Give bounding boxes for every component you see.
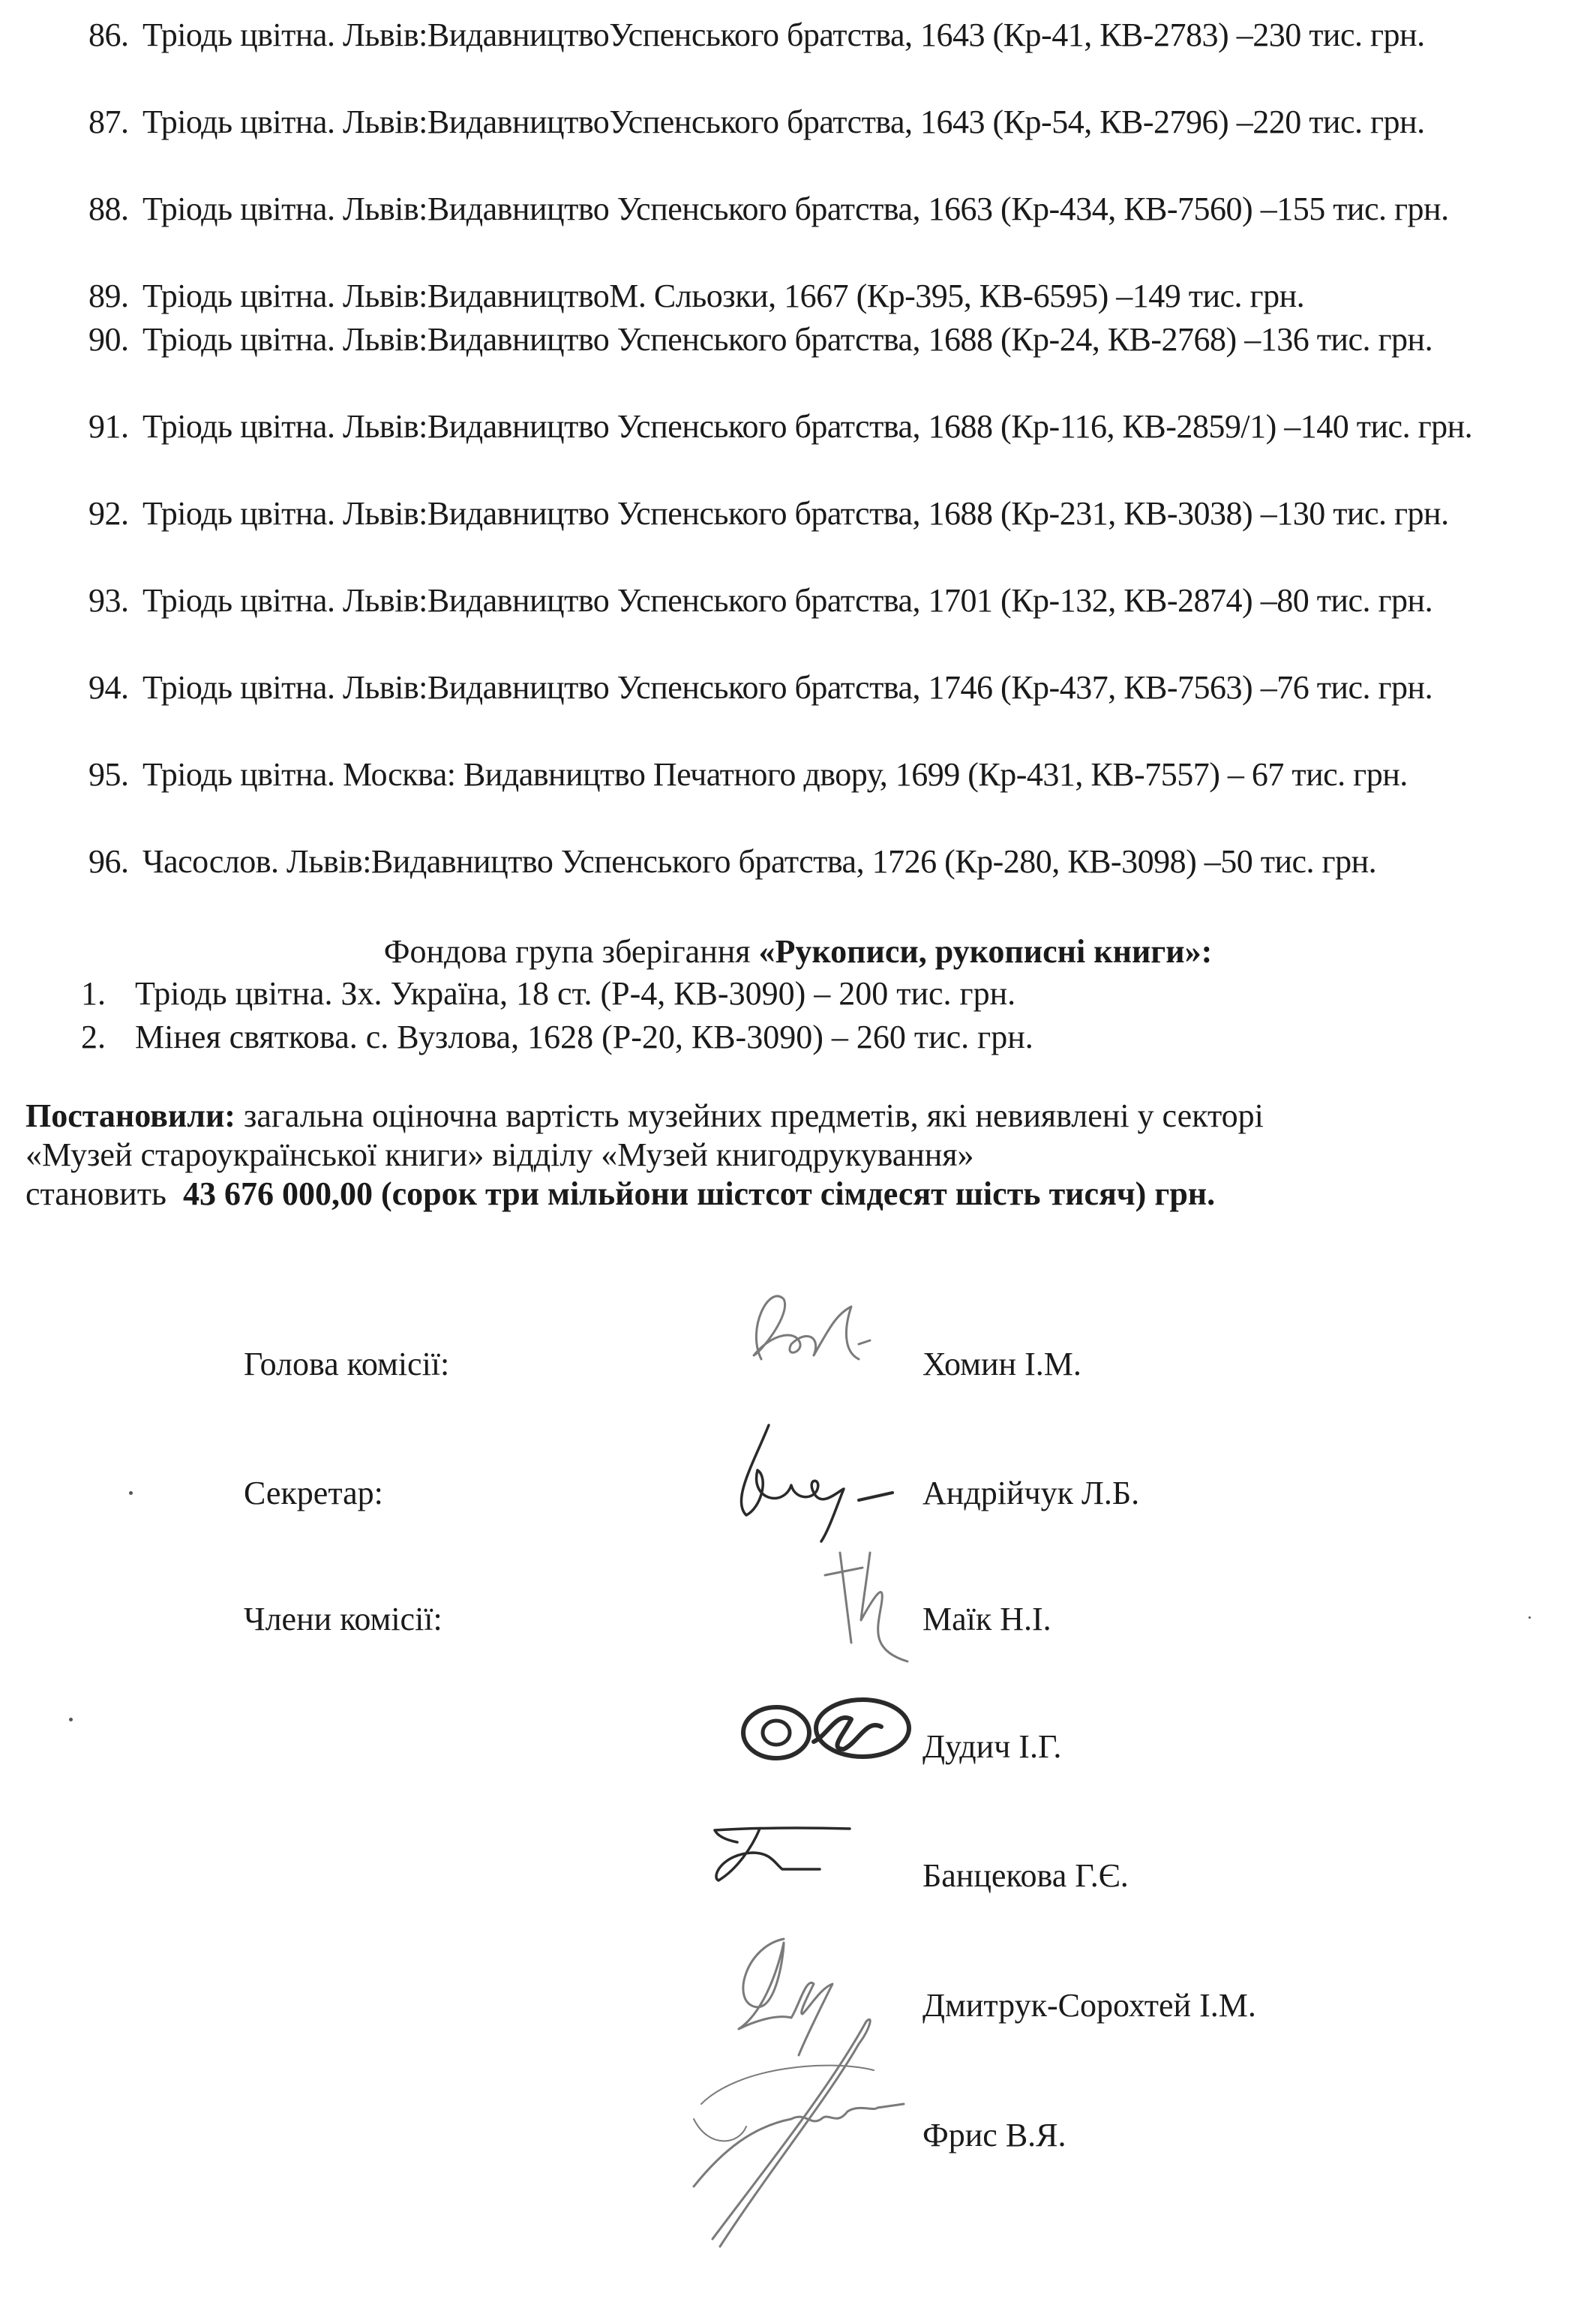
item-number: 1. [81, 972, 135, 1016]
list-item: 86. Тріодь цвітна. Львів:ВидавництвоУспе… [88, 14, 1596, 101]
item-text: Тріодь цвітна. Львів:Видавництво Успенсь… [142, 579, 1596, 623]
item-text: Тріодь цвітна. Москва: Видавництво Печат… [142, 753, 1596, 797]
chair-role: Голова комісії: [244, 1343, 449, 1386]
item-number: 91. [88, 405, 129, 449]
item-text: Часослов. Львів:Видавництво Успенського … [142, 840, 1596, 884]
member-name: Дудич І.Г. [922, 1725, 1061, 1769]
signature-chair [739, 1284, 889, 1378]
signature-member-5 [679, 1999, 919, 2258]
list-item: 91. Тріодь цвітна. Львів:Видавництво Усп… [88, 405, 1596, 492]
scan-speck [1528, 1616, 1531, 1619]
item-number: 95. [88, 753, 129, 797]
signature-secretary [724, 1418, 919, 1549]
members-role: Члени комісії: [244, 1598, 442, 1641]
signature-member-1 [810, 1545, 915, 1669]
list-item: 93. Тріодь цвітна. Львів:Видавництво Усп… [88, 579, 1596, 666]
scan-speck [69, 1718, 73, 1721]
list-item: 96. Часослов. Львів:Видавництво Успенськ… [88, 840, 1596, 927]
item-text: Тріодь цвітна. Львів:ВидавництвоУспенськ… [142, 14, 1596, 57]
list-item: 1.Тріодь цвітна. Зх. Україна, 18 ст. (Р-… [81, 972, 1033, 1016]
chair-name: Хомин І.М. [922, 1343, 1081, 1386]
item-number: 89. [88, 275, 129, 318]
manuscripts-list: 1.Тріодь цвітна. Зх. Україна, 18 ст. (Р-… [81, 972, 1033, 1059]
item-number: 2. [81, 1016, 135, 1059]
item-number: 94. [88, 666, 129, 710]
resolution-paragraph: Постановили: загальна оціночна вартість … [25, 1097, 1570, 1214]
museum-items-list: 86. Тріодь цвітна. Львів:ВидавництвоУспе… [88, 14, 1596, 927]
item-number: 93. [88, 579, 129, 623]
list-item: 87. Тріодь цвітна. Львів:ВидавництвоУспе… [88, 101, 1596, 188]
total-amount: 43 676 000,00 (сорок три мільйони шістсо… [183, 1175, 1215, 1212]
item-number: 96. [88, 840, 129, 884]
list-item: 88. Тріодь цвітна. Львів:Видавництво Усп… [88, 188, 1596, 275]
document-page: 86. Тріодь цвітна. Львів:ВидавництвоУспе… [0, 0, 1596, 2305]
item-number: 86. [88, 14, 129, 57]
item-text: Тріодь цвітна. Львів:Видавництво Успенсь… [142, 318, 1596, 362]
item-number: 87. [88, 101, 129, 144]
signature-member-3 [707, 1824, 857, 1888]
resolution-label: Постановили: [25, 1097, 235, 1134]
list-item: 90. Тріодь цвітна. Львів:Видавництво Усп… [88, 318, 1596, 405]
item-text: Тріодь цвітна. Львів:Видавництво Успенсь… [142, 666, 1596, 710]
member-name: Фрис В.Я. [922, 2114, 1066, 2157]
item-text: Тріодь цвітна. Львів:Видавництво Успенсь… [142, 492, 1596, 536]
scan-speck [129, 1491, 133, 1495]
resolution-line-3-prefix: становить [25, 1175, 183, 1212]
item-text: Тріодь цвітна. Львів:Видавництво Успенсь… [142, 405, 1596, 449]
item-number: 90. [88, 318, 129, 362]
item-text: Тріодь цвітна. Зх. Україна, 18 ст. (Р-4,… [135, 975, 1015, 1012]
list-item: 95. Тріодь цвітна. Москва: Видавництво П… [88, 753, 1596, 840]
list-item: 2.Мінея святкова. с. Вузлова, 1628 (Р-20… [81, 1016, 1033, 1059]
item-text: Тріодь цвітна. Львів:ВидавництвоМ. Сльоз… [142, 275, 1596, 318]
member-name: Маїк Н.І. [922, 1598, 1051, 1641]
member-name: Банцекова Г.Є. [922, 1854, 1129, 1898]
list-item: 89. Тріодь цвітна. Львів:ВидавництвоМ. С… [88, 275, 1596, 318]
item-text: Мінея святкова. с. Вузлова, 1628 (Р-20, … [135, 1019, 1033, 1055]
item-text: Тріодь цвітна. Львів:ВидавництвоУспенськ… [142, 101, 1596, 144]
section-heading-prefix: Фондова група зберігання [384, 933, 759, 970]
list-item: 94. Тріодь цвітна. Львів:Видавництво Усп… [88, 666, 1596, 753]
resolution-line-2: «Музей староукраїнської книги» відділу «… [25, 1136, 1570, 1175]
section-heading-title: «Рукописи, рукописні книги»: [759, 933, 1213, 970]
item-number: 92. [88, 492, 129, 536]
secretary-name: Андрійчук Л.Б. [922, 1472, 1139, 1515]
resolution-line-1: загальна оціночна вартість музейних пред… [235, 1097, 1264, 1134]
item-text: Тріодь цвітна. Львів:Видавництво Успенсь… [142, 188, 1596, 231]
secretary-role: Секретар: [244, 1472, 383, 1515]
signature-member-2 [739, 1697, 919, 1768]
list-item: 92. Тріодь цвітна. Львів:Видавництво Усп… [88, 492, 1596, 579]
member-name: Дмитрук-Сорохтей І.М. [922, 1984, 1256, 2027]
section-heading: Фондова група зберігання «Рукописи, руко… [0, 930, 1596, 974]
item-number: 88. [88, 188, 129, 231]
